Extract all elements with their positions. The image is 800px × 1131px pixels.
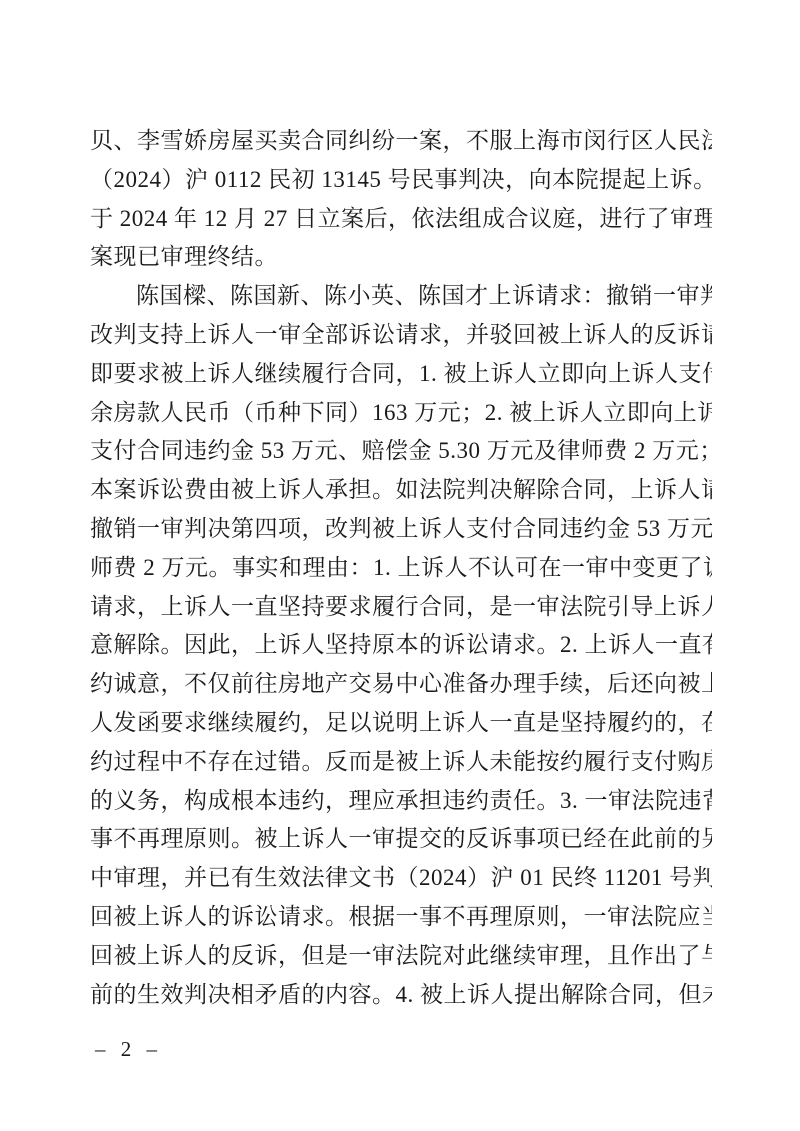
text-line: 于 2024 年 12 月 27 日立案后，依法组成合议庭，进行了审理。本 (90, 200, 712, 239)
text-line: 本案诉讼费由被上诉人承担。如法院判决解除合同，上诉人请求 (90, 471, 712, 510)
text-line: 即要求被上诉人继续履行合同，1. 被上诉人立即向上诉人支付剩 (90, 355, 712, 394)
text-line: 回被上诉人的反诉，但是一审法院对此继续审理，且作出了与之 (90, 937, 712, 976)
text-line: 意解除。因此，上诉人坚持原本的诉讼请求。2. 上诉人一直有履 (90, 626, 712, 665)
text-line: 贝、李雪娇房屋买卖合同纠纷一案，不服上海市闵行区人民法院 (90, 122, 712, 161)
text-line: 事不再理原则。被上诉人一审提交的反诉事项已经在此前的另案 (90, 820, 712, 859)
text-line: （2024）沪 0112 民初 13145 号民事判决，向本院提起上诉。本院 (90, 161, 712, 200)
text-line: 约诚意，不仅前往房地产交易中心准备办理手续，后还向被上诉 (90, 665, 712, 704)
text-line: 余房款人民币（币种下同）163 万元；2. 被上诉人立即向上诉人 (90, 394, 712, 433)
text-line: 人发函要求继续履约，足以说明上诉人一直是坚持履约的，在履 (90, 704, 712, 743)
text-line: 约过程中不存在过错。反而是被上诉人未能按约履行支付购房款 (90, 743, 712, 782)
text-line: 撤销一审判决第四项，改判被上诉人支付合同违约金 53 万元及律 (90, 510, 712, 549)
text-line: 支付合同违约金 53 万元、赔偿金 5.30 万元及律师费 2 万元；3. (90, 432, 712, 471)
text-line: 请求，上诉人一直坚持要求履行合同，是一审法院引导上诉人同 (90, 588, 712, 627)
text-line: 改判支持上诉人一审全部诉讼请求，并驳回被上诉人的反诉请求， (90, 316, 712, 355)
judgment-document-page: 贝、李雪娇房屋买卖合同纠纷一案，不服上海市闵行区人民法院 （2024）沪 011… (0, 0, 800, 1131)
text-line: 的义务，构成根本违约，理应承担违约责任。3. 一审法院违背一 (90, 782, 712, 821)
text-line: 回被上诉人的诉讼请求。根据一事不再理原则，一审法院应当驳 (90, 898, 712, 937)
judgment-body-text: 贝、李雪娇房屋买卖合同纠纷一案，不服上海市闵行区人民法院 （2024）沪 011… (90, 122, 712, 1014)
text-line: 师费 2 万元。事实和理由：1. 上诉人不认可在一审中变更了诉讼 (90, 549, 712, 588)
text-line: 中审理，并已有生效法律文书（2024）沪 01 民终 11201 号判决驳 (90, 859, 712, 898)
text-line: 前的生效判决相矛盾的内容。4. 被上诉人提出解除合同，但未能 (90, 976, 712, 1015)
text-line: 案现已审理终结。 (90, 238, 712, 277)
text-line: 陈国樑、陈国新、陈小英、陈国才上诉请求：撤销一审判决， (90, 277, 712, 316)
page-number: – 2 – (95, 1036, 162, 1062)
